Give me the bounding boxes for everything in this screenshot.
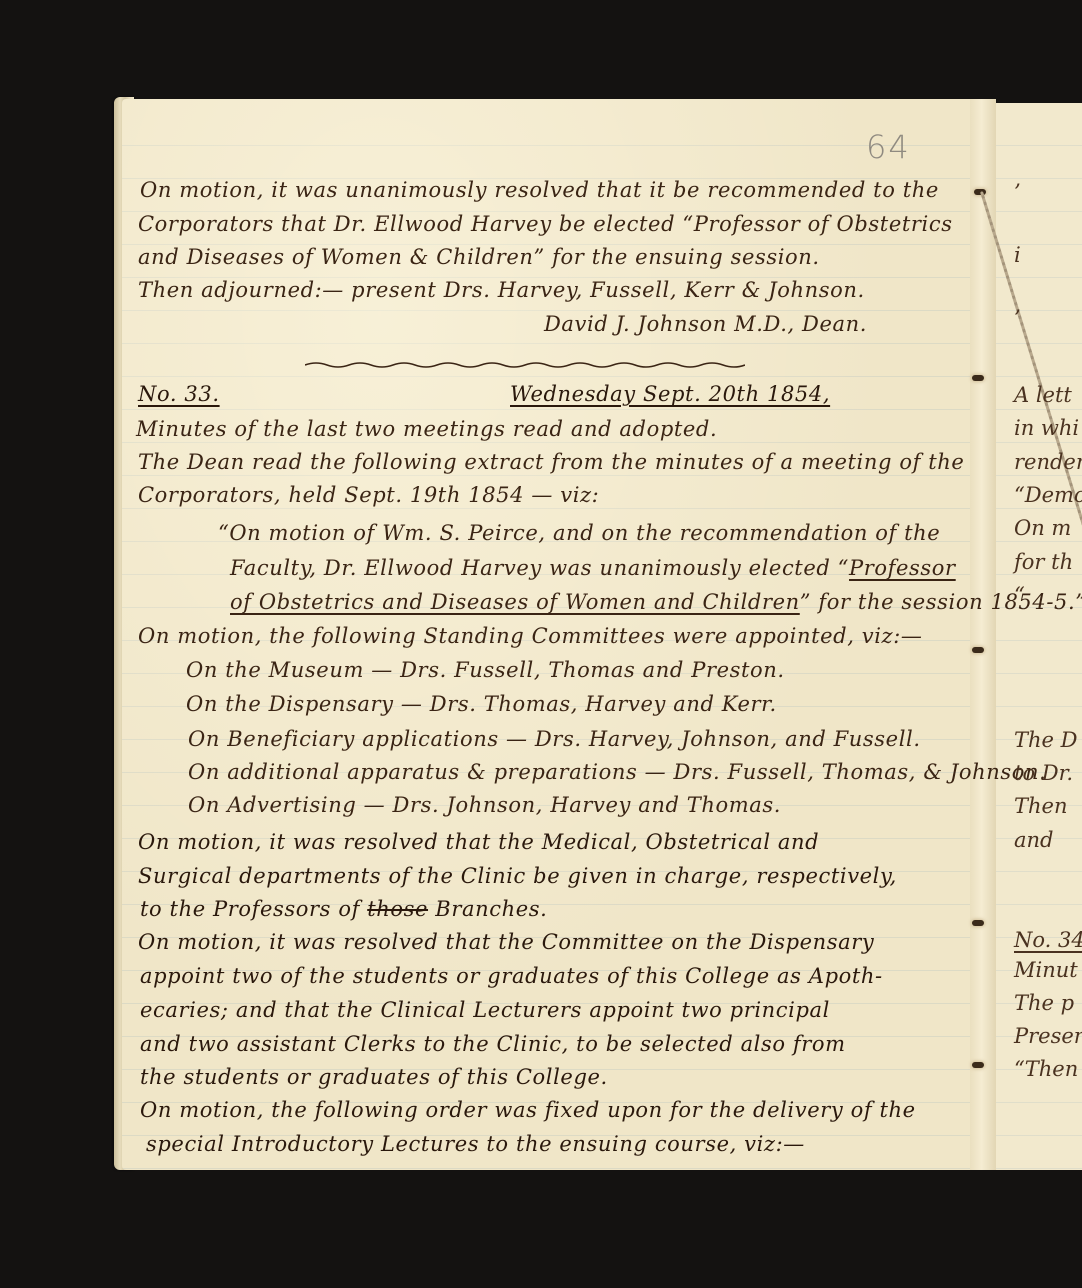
text-line: On motion, it was resolved that the Medi… (138, 830, 819, 854)
binding-stitch (972, 647, 984, 653)
facing-page-fragment: in whi (1014, 416, 1079, 440)
binding-stitch (972, 920, 984, 926)
facing-page-fragment: ’ (1014, 180, 1021, 204)
committee-members: Drs. Thomas, Harvey and Kerr. (430, 692, 777, 716)
committee-item: On the Dispensary — Drs. Thomas, Harvey … (186, 692, 777, 716)
committee-members: Drs. Johnson, Harvey and Thomas. (393, 793, 782, 817)
text-line: Minutes of the last two meetings read an… (136, 417, 717, 441)
committee-members: Drs. Fussell, Thomas and Preston. (400, 658, 785, 682)
facing-page-fragment: to Dr. (1014, 761, 1073, 785)
committee-members: Drs. Fussell, Thomas, & Johnson. (674, 760, 1047, 784)
text-line: Surgical departments of the Clinic be gi… (138, 864, 897, 888)
committee-item: On additional apparatus & preparations —… (188, 760, 1046, 784)
facing-page-fragment: “Demon (1014, 483, 1082, 507)
struck-word: those (367, 897, 428, 921)
committee-name: On the Museum (186, 658, 364, 682)
text-line: ecaries; and that the Clinical Lecturers… (140, 998, 830, 1022)
text-line: the students or graduates of this Colleg… (140, 1065, 608, 1089)
facing-page-fragment: “ (1014, 583, 1025, 607)
text-line: special Introductory Lectures to the ens… (146, 1132, 805, 1156)
text-line: Then adjourned:— present Drs. Harvey, Fu… (138, 278, 865, 302)
committee-item: On Beneficiary applications — Drs. Harve… (188, 727, 921, 751)
meeting-date: Wednesday Sept. 20th 1854, (510, 382, 830, 406)
facing-page-fragment: Minut (1014, 958, 1078, 982)
binding-stitch (972, 375, 984, 381)
text-line: and Diseases of Women & Children” for th… (138, 245, 820, 269)
facing-page-fragment: “Then (1014, 1057, 1078, 1081)
text-line: On motion, it was unanimously resolved t… (140, 178, 939, 202)
committee-name: On additional apparatus & preparations (188, 760, 637, 784)
facing-page-fragment: The D (1014, 728, 1077, 752)
facing-page-fragment: i (1014, 243, 1021, 267)
committee-item: On the Museum — Drs. Fussell, Thomas and… (186, 658, 785, 682)
text-line: and two assistant Clerks to the Clinic, … (140, 1032, 846, 1056)
facing-page-fragment: No. 34. (1014, 928, 1082, 952)
facing-page-fragment: ’ (1014, 306, 1021, 330)
committee-name: On Advertising (188, 793, 356, 817)
text-line: On motion, the following order was fixed… (140, 1098, 916, 1122)
facing-page-fragment: and (1014, 828, 1054, 852)
facing-page-fragment: Then (1014, 794, 1067, 818)
facing-page-fragment: render (1014, 450, 1082, 474)
facing-page-fragment: Presen (1014, 1024, 1082, 1048)
facing-page-fragment: A lett (1014, 383, 1072, 407)
quote-line: “On motion of Wm. S. Peirce, and on the … (218, 521, 940, 545)
text-line: Corporators, held Sept. 19th 1854 — viz: (138, 483, 599, 507)
text-line: On motion, the following Standing Commit… (138, 624, 922, 648)
line-text: Branches. (428, 897, 547, 921)
binding-stitch (972, 1062, 984, 1068)
book-gutter (970, 99, 996, 1170)
quote-text: Faculty, Dr. Ellwood Harvey was unanimou… (230, 556, 849, 580)
committee-name: On Beneficiary applications (188, 727, 499, 751)
dean-signature: David J. Johnson M.D., Dean. (544, 312, 867, 336)
text-line: to the Professors of those Branches. (140, 897, 547, 921)
text-line: The Dean read the following extract from… (138, 450, 964, 474)
text-line: appoint two of the students or graduates… (140, 964, 883, 988)
meeting-number: No. 33. (138, 382, 220, 406)
quote-text: ” for the session 1854-5.” (800, 590, 1082, 614)
text-line: Corporators that Dr. Ellwood Harvey be e… (138, 212, 953, 236)
committee-item: On Advertising — Drs. Johnson, Harvey an… (188, 793, 781, 817)
facing-page-fragment: for th (1014, 550, 1073, 574)
quote-line: of Obstetrics and Diseases of Women and … (230, 590, 1082, 614)
quote-line: Faculty, Dr. Ellwood Harvey was unanimou… (230, 556, 956, 580)
committee-members: Drs. Harvey, Johnson, and Fussell. (535, 727, 921, 751)
facing-page-fragment: On m (1014, 516, 1071, 540)
line-text: to the Professors of (140, 897, 367, 921)
page-number: 64 (866, 128, 911, 166)
quote-underlined-text: of Obstetrics and Diseases of Women and … (230, 590, 800, 614)
committee-name: On the Dispensary (186, 692, 394, 716)
section-divider (305, 361, 745, 369)
text-line: On motion, it was resolved that the Comm… (138, 930, 874, 954)
quote-underlined-text: Professor (849, 556, 956, 580)
facing-page-fragment: The p (1014, 991, 1074, 1015)
